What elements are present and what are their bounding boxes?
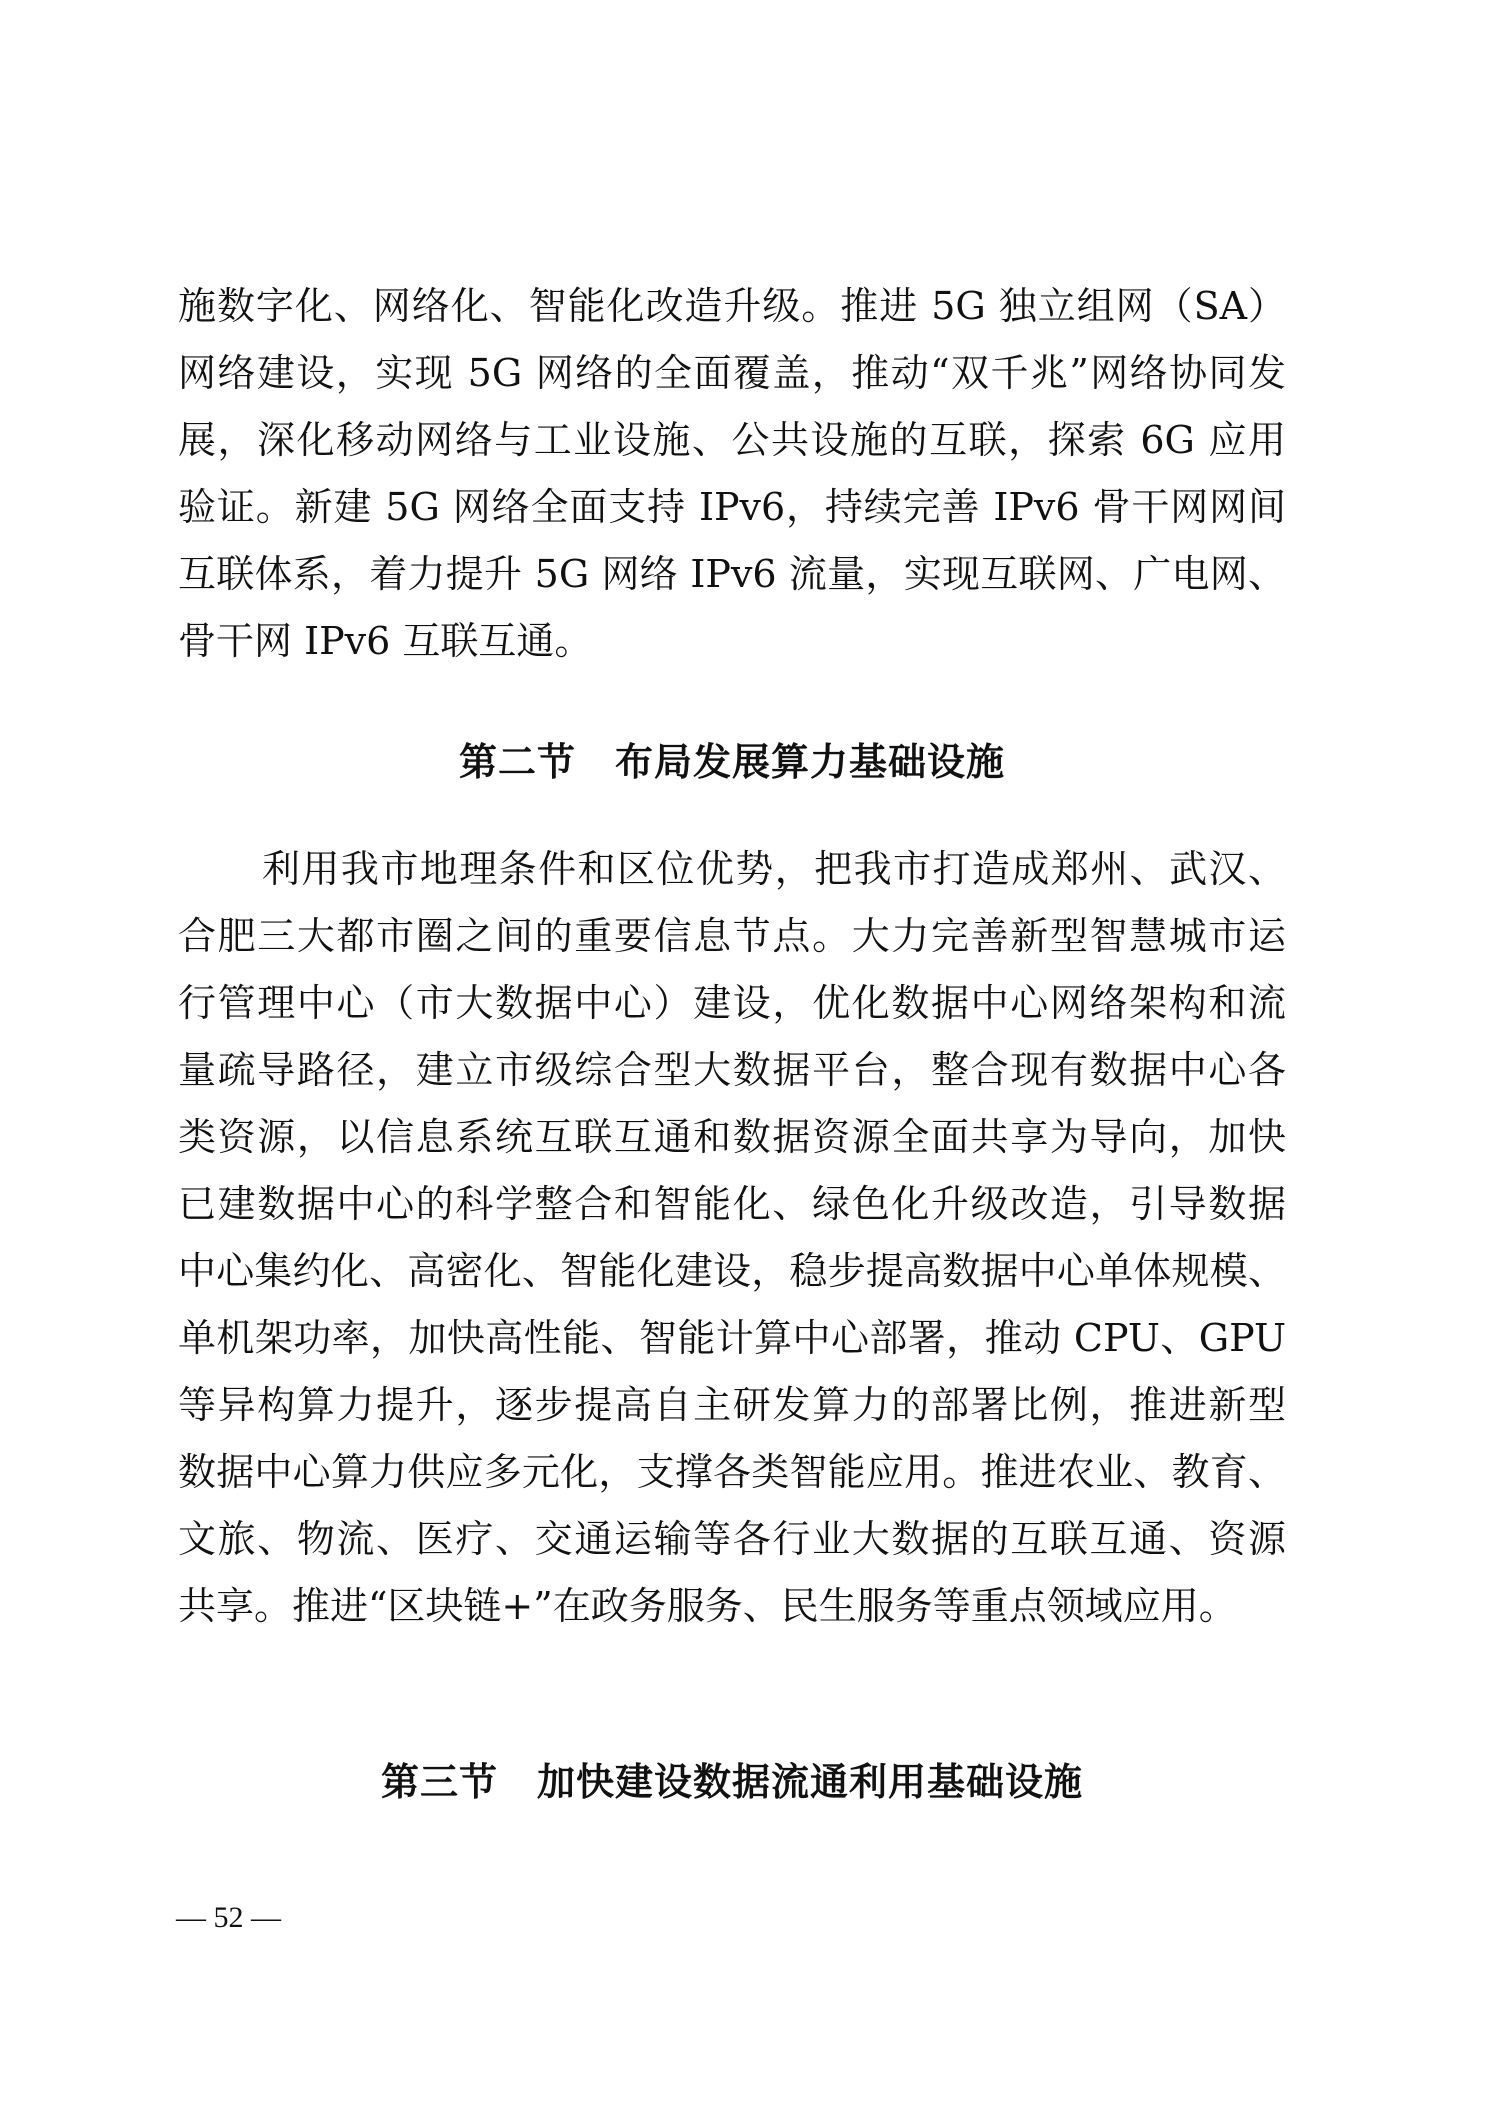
page-number: — 52 — [176,1898,281,1938]
section-heading-3: 第三节 加快建设数据流通利用基础设施 [178,1760,1286,1804]
paragraph-line: 文旅、物流、医疗、交通运输等各行业大数据的互联互通、资源 [178,1517,1286,1561]
paragraph-line: 单机架功率，加快高性能、智能计算中心部署，推动 CPU、GPU [178,1316,1286,1360]
paragraph-line: 合肥三大都市圈之间的重要信息节点。大力完善新型智慧城市运 [178,914,1286,958]
paragraph-line: 共享。推进“区块链+”在政务服务、民生服务等重点领域应用。 [178,1584,1286,1628]
paragraph-line: 利用我市地理条件和区位优势，把我市打造成郑州、武汉、 [262,847,1286,891]
paragraph-line: 施数字化、网络化、智能化改造升级。推进 5G 独立组网（SA） [178,284,1286,328]
paragraph-line: 展，深化移动网络与工业设施、公共设施的互联，探索 6G 应用 [178,418,1286,462]
section-heading-2: 第二节 布局发展算力基础设施 [178,740,1286,784]
paragraph-line: 等异构算力提升，逐步提高自主研发算力的部署比例，推进新型 [178,1383,1286,1427]
paragraph-line: 数据中心算力供应多元化，支撑各类智能应用。推进农业、教育、 [178,1450,1286,1494]
paragraph-line: 骨干网 IPv6 互联互通。 [178,619,1286,663]
paragraph-line: 网络建设，实现 5G 网络的全面覆盖，推动“双千兆”网络协同发 [178,351,1286,395]
paragraph-line: 已建数据中心的科学整合和智能化、绿色化升级改造，引导数据 [178,1182,1286,1226]
paragraph-line: 互联体系，着力提升 5G 网络 IPv6 流量，实现互联网、广电网、 [178,552,1286,596]
paragraph-line: 验证。新建 5G 网络全面支持 IPv6，持续完善 IPv6 骨干网网间 [178,485,1286,529]
paragraph-line: 中心集约化、高密化、智能化建设，稳步提高数据中心单体规模、 [178,1249,1286,1293]
paragraph-line: 行管理中心（市大数据中心）建设，优化数据中心网络架构和流 [178,981,1286,1025]
document-page: 施数字化、网络化、智能化改造升级。推进 5G 独立组网（SA） 网络建设，实现 … [0,0,1486,2103]
paragraph-line: 类资源，以信息系统互联互通和数据资源全面共享为导向，加快 [178,1115,1286,1159]
paragraph-line: 量疏导路径，建立市级综合型大数据平台，整合现有数据中心各 [178,1048,1286,1092]
